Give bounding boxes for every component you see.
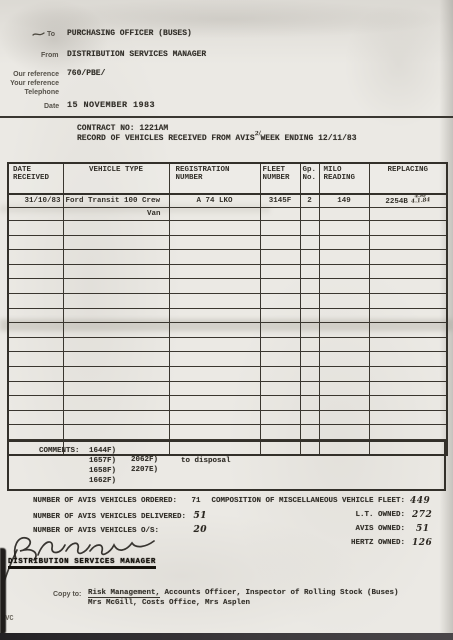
cell-vehicle-type-continued: Van	[63, 208, 169, 221]
table-row-empty	[8, 264, 447, 279]
our-reference-value: 760/PBE/	[67, 69, 105, 78]
col-header-fleet-number: FLEET NUMBER	[260, 163, 300, 194]
table-row-empty	[8, 410, 447, 425]
cell-gp-no: 2	[300, 194, 319, 208]
comments-label: COMMENTS:	[39, 447, 80, 455]
table-row-entry: 31/10/83 Ford Transit 100 Crew A 74 LKO …	[8, 194, 447, 208]
table-row-empty	[8, 293, 447, 308]
table-row-empty	[8, 221, 447, 236]
comments-box: COMMENTS: 1644F) 1657F) 1658F) 1662F) 20…	[7, 440, 446, 491]
summary-hertz-owned-value: 126	[412, 538, 432, 548]
cell-milo-reading: 149	[319, 194, 369, 208]
to-label: To	[47, 31, 55, 38]
summary-hertz-owned-label: HERTZ OWNED:	[351, 539, 405, 547]
record-line: RECORD OF VEHICLES RECEIVED FROM AVIS2/W…	[77, 134, 357, 143]
table-row-empty	[8, 250, 447, 265]
summary-avis-owned-label: AVIS OWNED:	[355, 525, 405, 533]
our-reference-label: Our reference	[13, 71, 59, 78]
memo-page: To From Our reference Your reference Tel…	[0, 0, 453, 640]
col-header-gp-no: Gp. No.	[300, 163, 319, 194]
from-value: DISTRIBUTION SERVICES MANAGER	[67, 50, 206, 59]
date-value: 15 NOVEMBER 1983	[67, 100, 155, 110]
summary-lt-owned-value: 272	[412, 510, 432, 520]
date-label: Date	[44, 103, 59, 110]
summary-fleet-value: 449	[410, 496, 430, 506]
cell-date-received: 31/10/83	[8, 194, 63, 208]
vehicle-table-body: 31/10/83 Ford Transit 100 Crew A 74 LKO …	[8, 194, 447, 455]
comments-fleet-group-2: 2062F) 2207E)	[131, 455, 158, 475]
table-row-empty	[8, 396, 447, 411]
col-header-date-received: DATE RECEIVED	[8, 163, 63, 194]
comments-note: to disposal	[181, 457, 231, 465]
telephone-label: Telephone	[25, 89, 59, 96]
from-label: From	[41, 52, 59, 59]
col-header-replacing: REPLACING	[369, 163, 447, 194]
table-row-empty	[8, 235, 447, 250]
cell-vehicle-type: Ford Transit 100 Crew	[63, 194, 169, 208]
table-row-entry-continuation: Van	[8, 208, 447, 221]
summary-fleet-label: COMPOSITION OF MISCELLANEOUS VEHICLE FLE…	[211, 497, 405, 505]
table-row-empty	[8, 366, 447, 381]
record-line-before: RECORD OF VEHICLES RECEIVED FROM AVIS	[77, 134, 255, 143]
table-row-empty	[8, 323, 447, 338]
replacing-handwritten-note: 4384.1.84	[411, 194, 431, 205]
header-divider	[0, 116, 453, 118]
cell-replacing: 2254B4384.1.84	[369, 194, 447, 208]
table-row-empty	[8, 425, 447, 440]
table-row-empty	[8, 308, 447, 323]
table-header-row: DATE RECEIVED VEHICLE TYPE REGISTRATION …	[8, 163, 447, 194]
col-header-milo-reading: MILO READING	[319, 163, 369, 194]
table-row-empty	[8, 279, 447, 294]
record-line-after: WEEK ENDING 12/11/83	[260, 134, 356, 143]
col-header-registration-number: REGISTRATION NUMBER	[169, 163, 260, 194]
contract-number-line: CONTRACT NO: 1221AM	[77, 124, 168, 133]
comments-fleet-group-1: 1644F) 1657F) 1658F) 1662F)	[89, 446, 116, 486]
cell-fleet-number: 3145F	[260, 194, 300, 208]
table-row-empty	[8, 352, 447, 367]
your-reference-label: Your reference	[10, 80, 59, 87]
pen-mark-icon	[32, 30, 45, 39]
copy-to-line-1: Risk Management, Accounts Officer, Inspe…	[88, 588, 399, 598]
summary-delivered: NUMBER OF AVIS VEHICLES DELIVERED: 51	[33, 511, 207, 521]
summary-lt-owned-label: L.T. OWNED:	[355, 511, 405, 519]
vehicle-table: DATE RECEIVED VEHICLE TYPE REGISTRATION …	[7, 162, 448, 456]
signatory-title: DISTRIBUTION SERVICES MANAGER	[8, 558, 156, 569]
table-row-empty	[8, 337, 447, 352]
table-row-empty	[8, 381, 447, 396]
summary-ordered: NUMBER OF AVIS VEHICLES ORDERED: 71	[33, 497, 201, 505]
summary-avis-owned-value: 51	[416, 524, 430, 534]
to-value: PURCHASING OFFICER (BUSES)	[67, 29, 192, 38]
scan-edge-left	[0, 548, 6, 634]
cell-registration-number: A 74 LKO	[169, 194, 260, 208]
col-header-vehicle-type: VEHICLE TYPE	[63, 163, 169, 194]
record-handwritten-mark: 2/	[254, 132, 260, 137]
copy-to-label: Copy to:	[53, 591, 81, 598]
scan-edge-bottom	[0, 633, 453, 640]
copy-to-line-2: Mrs McGill, Costs Office, Mrs Asplen	[88, 598, 399, 608]
copy-to-lines: Risk Management, Accounts Officer, Inspe…	[88, 588, 399, 608]
